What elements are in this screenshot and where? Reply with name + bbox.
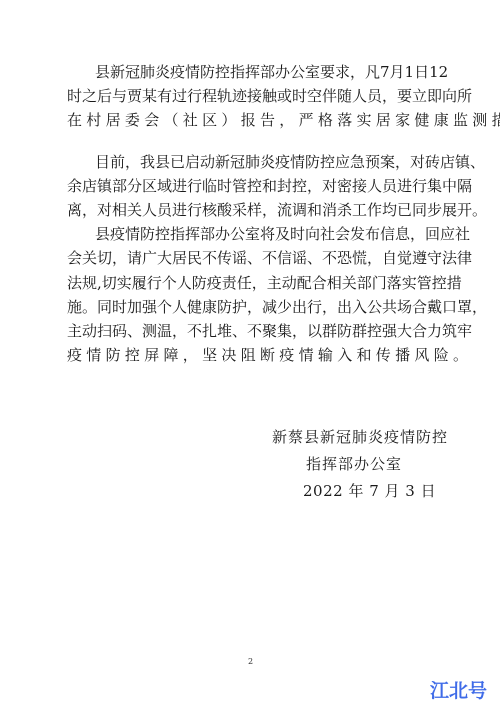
paragraph-3-line-1: 县疫情防控指挥部办公室将及时向社会发布信息，回应社 (95, 222, 433, 246)
watermark-logo: 江北号 (430, 676, 487, 703)
paragraph-3-line-5: 主动扫码、测温，不扎堆、不聚集，以群防群控强大合力筑牢 (67, 319, 433, 343)
paragraph-2-line-2: 余店镇部分区域进行临时管控和封控，对密接人员进行集中隔 (67, 174, 433, 198)
paragraph-1-line-2: 时之后与贾某有过行程轨迹接触或时空伴随人员，要立即向所 (67, 84, 433, 108)
paragraph-3-line-3: 法规,切实履行个人防疫责任，主动配合相关部门落实管控措 (67, 271, 433, 295)
paragraph-2-line-1: 目前，我县已启动新冠肺炎疫情防控应急预案，对砖店镇、 (95, 150, 433, 174)
paragraph-2-line-3: 离，对相关人员进行核酸采样，流调和消杀工作均已同步展开。 (67, 198, 433, 222)
signature-date: 2022 年 7 月 3 日 (303, 478, 436, 504)
paragraph-3-line-6: 疫情防控屏障，坚决阻断疫情输入和传播风险。 (67, 343, 433, 367)
paragraph-1-line-1: 县新冠肺炎疫情防控指挥部办公室要求，凡7月1日12 (95, 60, 433, 84)
signature-organization-line-1: 新蔡县新冠肺炎疫情防控 (272, 424, 448, 450)
paragraph-3-line-4: 施。同时加强个人健康防护，减少出行，出入公共场合戴口罩， (67, 295, 433, 319)
signature-organization-line-2: 指挥部办公室 (306, 451, 402, 477)
paragraph-1-line-3: 在村居委会（社区）报告，严格落实居家健康监测措施。 (67, 108, 433, 132)
paragraph-3-line-2: 会关切，请广大居民不传谣、不信谣、不恐慌，自觉遵守法律 (67, 246, 433, 270)
page-number: 2 (248, 657, 253, 666)
